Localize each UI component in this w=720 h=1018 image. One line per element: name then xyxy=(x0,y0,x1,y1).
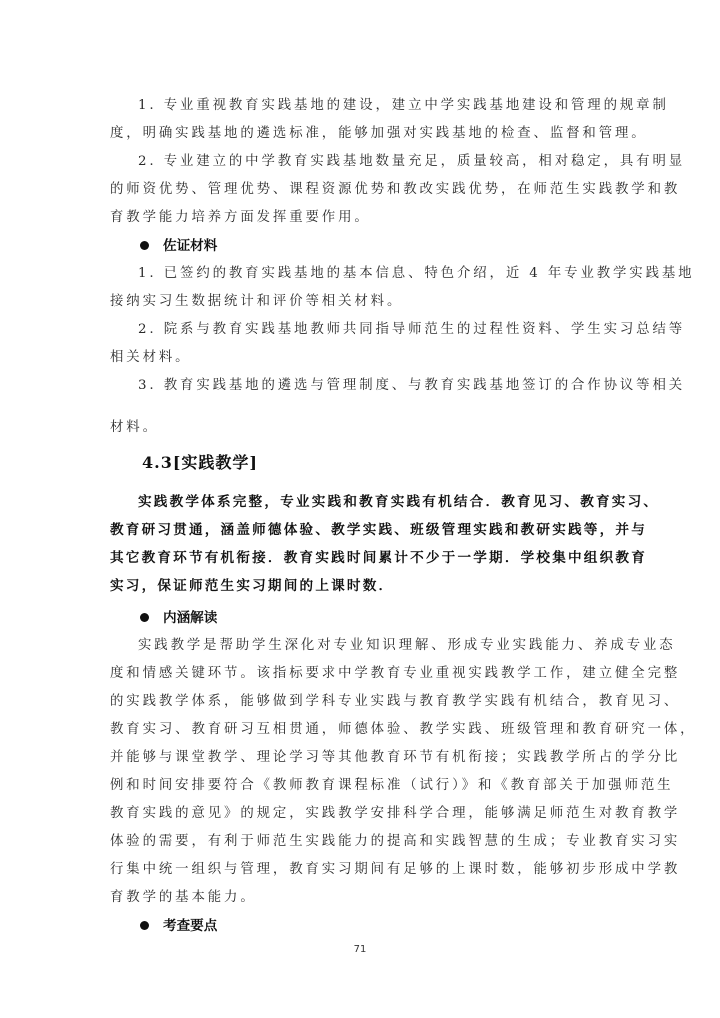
paragraph-line: 1. 专业重视教育实践基地的建设，建立中学实践基地建设和管理的规章制 xyxy=(138,96,610,116)
paragraph-line: 2. 专业建立的中学教育实践基地数量充足，质量较高，相对稳定，具有明显 xyxy=(138,152,610,172)
standard-line: 教育研习贯通，涵盖师德体验、教学实践、班级管理实践和教研实践等，并与 xyxy=(110,520,610,540)
bullet-icon xyxy=(140,241,149,250)
document-page: 1. 专业重视教育实践基地的建设，建立中学实践基地建设和管理的规章制 度，明确实… xyxy=(0,0,720,1018)
standard-line: 其它教育环节有机衔接．教育实践时间累计不少于一学期．学校集中组织教育 xyxy=(110,548,610,568)
bullet-icon xyxy=(140,921,149,930)
paragraph-line: 的实践教学体系，能够做到学科专业实践与教育教学实践有机结合，教育见习、 xyxy=(110,692,610,712)
standard-line: 实习，保证师范生实习期间的上课时数． xyxy=(110,576,610,596)
paragraph-line: 1. 已签约的教育实践基地的基本信息、特色介绍，近 4 年专业教学实践基地 xyxy=(138,264,610,284)
paragraph-line: 材料。 xyxy=(110,418,610,438)
section-heading: 4.3[实践教学] xyxy=(142,452,258,474)
paragraph-line: 度，明确实践基地的遴选标准，能够加强对实践基地的检查、监督和管理。 xyxy=(110,124,610,144)
paragraph-line: 3. 教育实践基地的遴选与管理制度、与教育实践基地签订的合作协议等相关 xyxy=(138,376,610,396)
paragraph-line: 育教学的基本能力。 xyxy=(110,888,610,908)
interpretation-heading: 内涵解读 xyxy=(140,608,217,628)
paragraph-line: 度和情感关键环节。该指标要求中学教育专业重视实践教学工作，建立健全完整 xyxy=(110,664,610,684)
review-heading: 考查要点 xyxy=(140,916,217,936)
paragraph-line: 行集中统一组织与管理，教育实习期间有足够的上课时数，能够初步形成中学教 xyxy=(110,860,610,880)
paragraph-line: 育教学能力培养方面发挥重要作用。 xyxy=(110,208,610,228)
paragraph-line: 接纳实习生数据统计和评价等相关材料。 xyxy=(110,292,610,312)
page-number: 71 xyxy=(0,944,720,955)
paragraph-line: 2. 院系与教育实践基地教师共同指导师范生的过程性资料、学生实习总结等 xyxy=(138,320,610,340)
paragraph-line: 的师资优势、管理优势、课程资源优势和教改实践优势，在师范生实践教学和教 xyxy=(110,180,610,200)
standard-line: 实践教学体系完整，专业实践和教育实践有机结合．教育见习、教育实习、 xyxy=(138,492,610,512)
bullet-icon xyxy=(140,613,149,622)
paragraph-line: 实践教学是帮助学生深化对专业知识理解、形成专业实践能力、养成专业态 xyxy=(138,636,610,656)
evidence-heading: 佐证材料 xyxy=(140,236,217,256)
paragraph-line: 相关材料。 xyxy=(110,348,610,368)
paragraph-line: 教育实践的意见》的规定，实践教学安排科学合理，能够满足师范生对教育教学 xyxy=(110,804,610,824)
paragraph-line: 教育实习、教育研习互相贯通，师德体验、教学实践、班级管理和教育研究一体， xyxy=(110,720,610,740)
paragraph-line: 例和时间安排要符合《教师教育课程标准（试行）》和《教育部关于加强师范生 xyxy=(110,776,610,796)
paragraph-line: 并能够与课堂教学、理论学习等其他教育环节有机衔接；实践教学所占的学分比 xyxy=(110,748,610,768)
paragraph-line: 体验的需要，有利于师范生实践能力的提高和实践智慧的生成；专业教育实习实 xyxy=(110,832,610,852)
